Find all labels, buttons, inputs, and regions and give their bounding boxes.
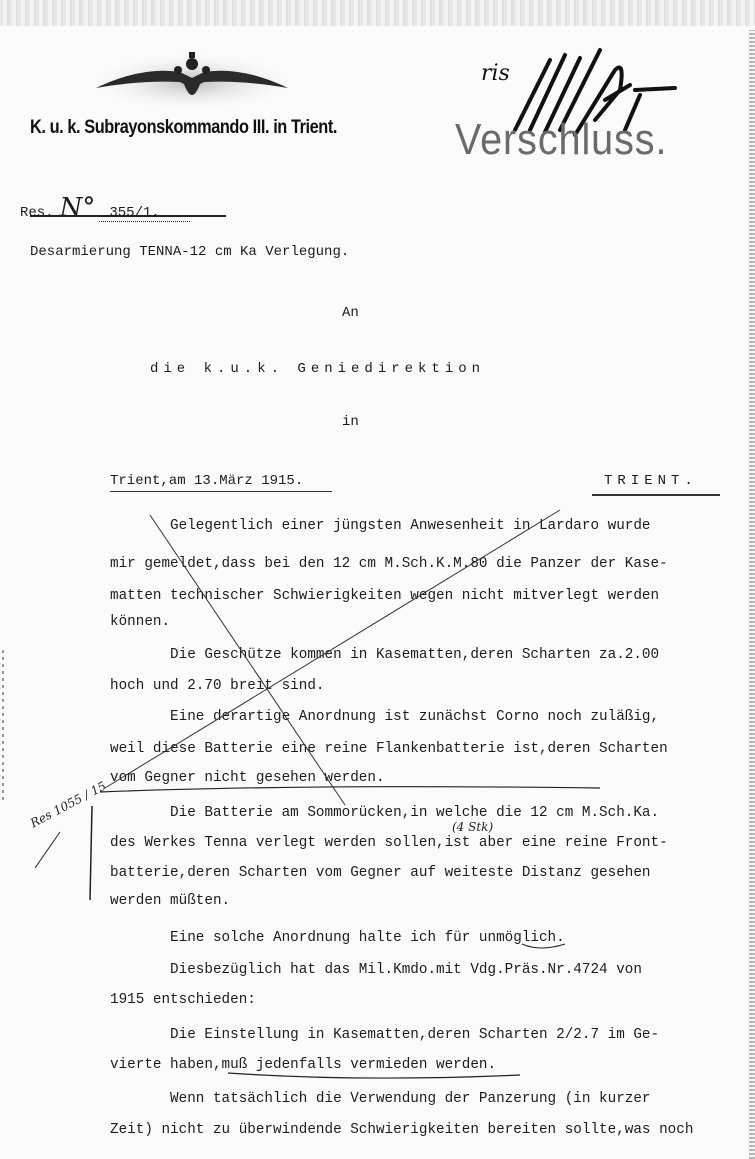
addressee-recipient: die k.u.k. Geniedirektion bbox=[150, 361, 485, 377]
body-line: Gelegentlich einer jüngsten Anwesenheit … bbox=[110, 518, 651, 534]
addressee-in: in bbox=[342, 414, 359, 430]
body-line: werden müßten. bbox=[110, 893, 230, 909]
letterhead-title: K. u. k. Subrayonskommando III. in Trien… bbox=[30, 117, 337, 139]
place-date: Trient,am 13.März 1915. bbox=[110, 473, 303, 489]
reference-value: 355/1. bbox=[99, 205, 189, 222]
body-line: vom Gegner nicht gesehen werden. bbox=[110, 770, 385, 786]
number-sign: N° bbox=[60, 193, 96, 223]
body-line: hoch und 2.70 breit sind. bbox=[110, 678, 325, 694]
reference-prefix: Res. bbox=[20, 205, 54, 221]
body-line: Wenn tatsächlich die Verwendung der Panz… bbox=[110, 1091, 651, 1107]
body-line: Die Batterie am Sommorücken,in welche di… bbox=[110, 805, 659, 821]
destination: TRIENT. bbox=[604, 473, 698, 489]
body-line: weil diese Batterie eine reine Flankenba… bbox=[110, 741, 668, 757]
place-date-underline bbox=[110, 491, 332, 492]
body-line: Zeit) nicht zu überwindende Schwierigkei… bbox=[110, 1122, 693, 1138]
body-line: 1915 entschieden: bbox=[110, 992, 256, 1008]
body-line: können. bbox=[110, 614, 170, 630]
body-line: des Werkes Tenna verlegt werden sollen,i… bbox=[110, 835, 668, 851]
body-line: matten technischer Schwierigkeiten wegen… bbox=[110, 588, 659, 604]
scan-edge-top bbox=[0, 0, 755, 26]
destination-underline bbox=[592, 494, 720, 496]
eagle-emblem-icon bbox=[92, 48, 292, 110]
body-line: Eine derartige Anordnung ist zunächst Co… bbox=[110, 709, 659, 725]
body-line: batterie,deren Scharten vom Gegner auf w… bbox=[110, 865, 651, 881]
body-line: Diesbezüglich hat das Mil.Kmdo.mit Vdg.P… bbox=[110, 962, 642, 978]
reference-underline bbox=[30, 215, 226, 217]
verschluss-stamp: Verschluss. bbox=[455, 115, 667, 165]
document-page: K. u. k. Subrayonskommando III. in Trien… bbox=[0, 0, 755, 1159]
body-line: vierte haben,muß jedenfalls vermieden we… bbox=[110, 1057, 496, 1073]
body-line: Die Geschütze kommen in Kasematten,deren… bbox=[110, 647, 659, 663]
body-line: Eine solche Anordnung halte ich für unmö… bbox=[110, 930, 565, 946]
body-line: mir gemeldet,dass bei den 12 cm M.Sch.K.… bbox=[110, 556, 668, 572]
addressee-to: An bbox=[342, 305, 359, 321]
svg-text:ris: ris bbox=[481, 61, 510, 86]
interlinear-note: (4 Stk) bbox=[452, 820, 493, 834]
subject-line: Desarmierung TENNA-12 cm Ka Verlegung. bbox=[30, 244, 349, 260]
pen-markings bbox=[0, 0, 755, 1159]
body-line: Die Einstellung in Kasematten,deren Scha… bbox=[110, 1027, 659, 1043]
margin-note: Res 1055 / 15 bbox=[28, 779, 108, 831]
scan-edge-right bbox=[749, 30, 755, 1159]
scan-edge-left bbox=[2, 650, 4, 800]
reference-number: Res.N°355/1. bbox=[20, 193, 190, 223]
